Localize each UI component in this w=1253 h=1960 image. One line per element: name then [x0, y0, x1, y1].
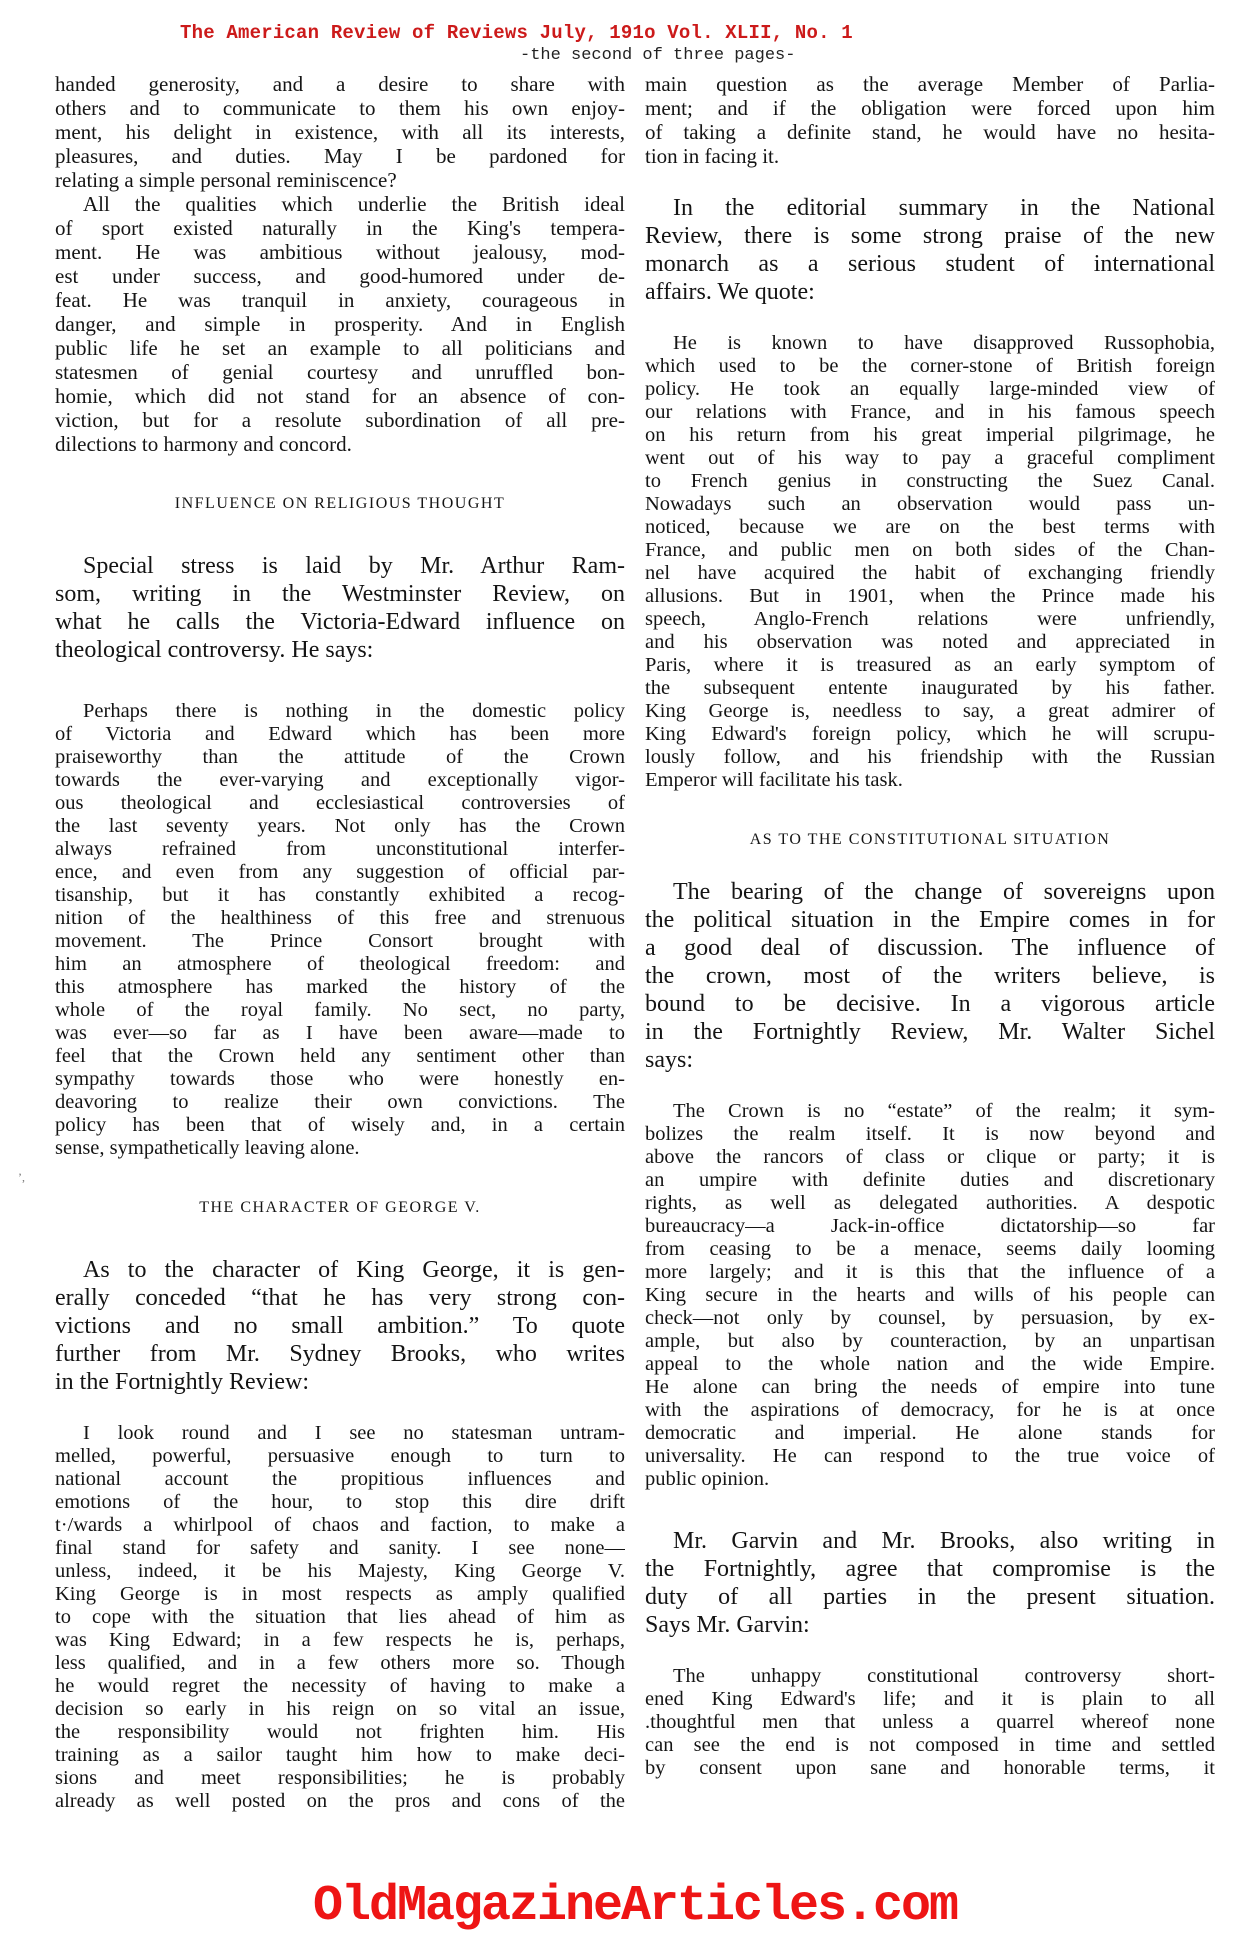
text-line: Paris, where it is treasured as an early…	[645, 654, 1215, 677]
text-line: Special stress is laid by Mr. Arthur Ram…	[55, 552, 625, 580]
text-line: Emperor will facilitate his task.	[645, 769, 1215, 792]
text-line: pleasures, and duties. May I be pardoned…	[55, 144, 625, 168]
text-line: training as a sailor taught him how to m…	[55, 1744, 625, 1767]
text-line: est under success, and good-humored unde…	[55, 264, 625, 288]
text-line: viction, but for a resolute subordinatio…	[55, 408, 625, 432]
text-line: with the aspirations of democracy, for h…	[645, 1399, 1215, 1422]
text-line: praiseworthy than the attitude of the Cr…	[55, 746, 625, 769]
text-line: the last seventy years. Not only has the…	[55, 815, 625, 838]
text-line: of Victoria and Edward which has been mo…	[55, 723, 625, 746]
text-line: unless, indeed, it be his Majesty, King …	[55, 1560, 625, 1583]
text-line: King Edward's foreign policy, which he w…	[645, 723, 1215, 746]
text-line: was King Edward; in a few respects he is…	[55, 1629, 625, 1652]
text-line: The bearing of the change of sovereigns …	[645, 878, 1215, 906]
text-line: went out of his way to pay a graceful co…	[645, 447, 1215, 470]
text-line: bound to be decisive. In a vigorous arti…	[645, 990, 1215, 1018]
text-line: The unhappy constitutional controversy s…	[645, 1665, 1215, 1688]
text-line: Review, there is some strong praise of t…	[645, 222, 1215, 250]
text-line: duty of all parties in the present situa…	[645, 1583, 1215, 1611]
site-watermark: OldMagazineArticles.com	[265, 1878, 1005, 1935]
scan-speck: ’,	[18, 1170, 25, 1185]
text-line: the subsequent entente inaugurated by hi…	[645, 677, 1215, 700]
right-quote-1: He is known to have disapproved Russopho…	[645, 332, 1215, 792]
text-line: In the editorial summary in the National	[645, 194, 1215, 222]
text-line: noticed, because we are on the best term…	[645, 516, 1215, 539]
text-line: sions and meet responsibilities; he is p…	[55, 1767, 625, 1790]
text-line: tisanship, but it has constantly exhibit…	[55, 884, 625, 907]
text-line: statesmen of genial courtesy and unruffl…	[55, 360, 625, 384]
text-line: main question as the average Member of P…	[645, 72, 1215, 96]
text-line: final stand for safety and sanity. I see…	[55, 1537, 625, 1560]
text-line: The Crown is no “estate” of the realm; i…	[645, 1100, 1215, 1123]
text-line: the Fortnightly, agree that compromise i…	[645, 1555, 1215, 1583]
text-line: nel have acquired the habit of exchangin…	[645, 562, 1215, 585]
text-line: danger, and simple in prosperity. And in…	[55, 312, 625, 336]
text-line: public opinion.	[645, 1468, 1215, 1491]
text-line: nition of the healthiness of this free a…	[55, 907, 625, 930]
text-line: policy has been that of wisely and, in a…	[55, 1114, 625, 1137]
right-quote-3: The unhappy constitutional controversy s…	[645, 1665, 1215, 1780]
text-line: sympathy towards those who were honestly…	[55, 1068, 625, 1091]
text-line: lously follow, and his friendship with t…	[645, 746, 1215, 769]
text-line: Says Mr. Garvin:	[645, 1611, 1215, 1639]
text-line: ample, but also by counteraction, by an …	[645, 1330, 1215, 1353]
text-line: towards the ever-varying and exceptional…	[55, 769, 625, 792]
text-line: national account the propitious influenc…	[55, 1468, 625, 1491]
text-line: democratic and imperial. He alone stands…	[645, 1422, 1215, 1445]
page-indicator: -the second of three pages-	[520, 46, 795, 65]
text-line: tion in facing it.	[645, 144, 1215, 168]
text-line: sense, sympathetically leaving alone.	[55, 1137, 625, 1160]
text-line: of taking a definite stand, he would hav…	[645, 120, 1215, 144]
text-line: feel that the Crown held any sentiment o…	[55, 1045, 625, 1068]
text-line: allusions. But in 1901, when the Prince …	[645, 585, 1215, 608]
text-line: further from Mr. Sydney Brooks, who writ…	[55, 1340, 625, 1368]
left-intro-2: As to the character of King George, it i…	[55, 1256, 625, 1396]
text-line: homie, which did not stand for an absenc…	[55, 384, 625, 408]
text-line: theological controversy. He says:	[55, 636, 625, 664]
section-heading-religious-thought: INFLUENCE ON RELIGIOUS THOUGHT	[55, 492, 625, 516]
right-quote-2: The Crown is no “estate” of the realm; i…	[645, 1100, 1215, 1491]
text-line: melled, powerful, persuasive enough to t…	[55, 1445, 625, 1468]
text-line: All the qualities which underlie the Bri…	[55, 192, 625, 216]
text-line: appeal to the whole nation and the wide …	[645, 1353, 1215, 1376]
text-line: King George is, needless to say, a great…	[645, 700, 1215, 723]
text-line: the responsibility would not frighten hi…	[55, 1721, 625, 1744]
section-heading-character-george-v: THE CHARACTER OF GEORGE V.	[55, 1196, 625, 1220]
text-line: decision so early in his reign on so vit…	[55, 1698, 625, 1721]
text-line: rights, as well as delegated authorities…	[645, 1192, 1215, 1215]
text-line: movement. The Prince Consort brought wit…	[55, 930, 625, 953]
text-line: handed generosity, and a desire to share…	[55, 72, 625, 96]
publication-header: The American Review of Reviews July, 191…	[180, 22, 1000, 44]
text-line: what he calls the Victoria-Edward influe…	[55, 608, 625, 636]
text-line: already as well posted on the pros and c…	[55, 1790, 625, 1813]
text-line: Mr. Garvin and Mr. Brooks, also writing …	[645, 1527, 1215, 1555]
text-line: can see the end is not composed in time …	[645, 1734, 1215, 1757]
text-line: which used to be the corner-stone of Bri…	[645, 355, 1215, 378]
text-line: says:	[645, 1046, 1215, 1074]
text-line: more largely; and it is this that the in…	[645, 1261, 1215, 1284]
text-line: was ever—so far as I have been aware—mad…	[55, 1022, 625, 1045]
text-line: He alone can bring the needs of empire i…	[645, 1376, 1215, 1399]
text-line: our relations with France, and in his fa…	[645, 401, 1215, 424]
right-intro-2: The bearing of the change of sovereigns …	[645, 878, 1215, 1074]
text-line: som, writing in the Westminster Review, …	[55, 580, 625, 608]
right-column: main question as the average Member of P…	[645, 72, 1215, 1780]
text-line: emotions of the hour, to stop this dire …	[55, 1491, 625, 1514]
text-line: King George is in most respects as amply…	[55, 1583, 625, 1606]
right-intro-3: Mr. Garvin and Mr. Brooks, also writing …	[645, 1527, 1215, 1639]
text-line: monarch as a serious student of internat…	[645, 250, 1215, 278]
text-line: Perhaps there is nothing in the domestic…	[55, 700, 625, 723]
text-line: affairs. We quote:	[645, 278, 1215, 306]
text-line: he would regret the necessity of having …	[55, 1675, 625, 1698]
left-para-2: All the qualities which underlie the Bri…	[55, 192, 625, 456]
text-line: King secure in the hearts and wills of h…	[645, 1284, 1215, 1307]
text-line: erally conceded “that he has very strong…	[55, 1284, 625, 1312]
text-line: always refrained from unconstitutional i…	[55, 838, 625, 861]
text-line: of sport existed naturally in the King's…	[55, 216, 625, 240]
text-line: I look round and I see no statesman untr…	[55, 1422, 625, 1445]
text-line: a good deal of discussion. The influence…	[645, 934, 1215, 962]
text-line: the political situation in the Empire co…	[645, 906, 1215, 934]
text-line: As to the character of King George, it i…	[55, 1256, 625, 1284]
text-line: .thoughtful men that unless a quarrel wh…	[645, 1711, 1215, 1734]
text-line: by consent upon sane and honorable terms…	[645, 1757, 1215, 1780]
text-line: ment; and if the obligation were forced …	[645, 96, 1215, 120]
text-line: above the rancors of class or clique or …	[645, 1146, 1215, 1169]
left-intro-1: Special stress is laid by Mr. Arthur Ram…	[55, 552, 625, 664]
text-line: ence, and even from any suggestion of of…	[55, 861, 625, 884]
text-line: bolizes the realm itself. It is now beyo…	[645, 1123, 1215, 1146]
text-line: on his return from his great imperial pi…	[645, 424, 1215, 447]
text-line: the crown, most of the writers believe, …	[645, 962, 1215, 990]
text-line: victions and no small ambition.” To quot…	[55, 1312, 625, 1340]
text-line: this atmosphere has marked the history o…	[55, 976, 625, 999]
text-line: feat. He was tranquil in anxiety, courag…	[55, 288, 625, 312]
text-line: others and to communicate to them his ow…	[55, 96, 625, 120]
text-line: from ceasing to be a menace, seems daily…	[645, 1238, 1215, 1261]
text-line: deavoring to realize their own convictio…	[55, 1091, 625, 1114]
left-quote-2: I look round and I see no statesman untr…	[55, 1422, 625, 1813]
text-line: Nowadays such an observation would pass …	[645, 493, 1215, 516]
section-heading-constitutional-situation: AS TO THE CONSTITUTIONAL SITUATION	[645, 828, 1215, 852]
text-line: France, and public men on both sides of …	[645, 539, 1215, 562]
text-line: t·/wards a whirlpool of chaos and factio…	[55, 1514, 625, 1537]
left-quote-1: Perhaps there is nothing in the domestic…	[55, 700, 625, 1160]
text-line: in the Fortnightly Review:	[55, 1368, 625, 1396]
text-line: whole of the royal family. No sect, no p…	[55, 999, 625, 1022]
text-line: policy. He took an equally large-minded …	[645, 378, 1215, 401]
text-line: an umpire with definite duties and discr…	[645, 1169, 1215, 1192]
text-line: bureaucracy—a Jack-in-office dictatorshi…	[645, 1215, 1215, 1238]
text-line: dilections to harmony and concord.	[55, 432, 625, 456]
text-line: universality. He can respond to the true…	[645, 1445, 1215, 1468]
text-line: him an atmosphere of theological freedom…	[55, 953, 625, 976]
text-line: speech, Anglo-French relations were unfr…	[645, 608, 1215, 631]
text-line: public life he set an example to all pol…	[55, 336, 625, 360]
text-line: ment. He was ambitious without jealousy,…	[55, 240, 625, 264]
text-line: in the Fortnightly Review, Mr. Walter Si…	[645, 1018, 1215, 1046]
text-line: ened King Edward's life; and it is plain…	[645, 1688, 1215, 1711]
text-line: check—not only by counsel, by persuasion…	[645, 1307, 1215, 1330]
left-para-1: handed generosity, and a desire to share…	[55, 72, 625, 192]
right-para-1: main question as the average Member of P…	[645, 72, 1215, 168]
text-line: less qualified, and in a few others more…	[55, 1652, 625, 1675]
text-line: to cope with the situation that lies ahe…	[55, 1606, 625, 1629]
text-line: ous theological and ecclesiastical contr…	[55, 792, 625, 815]
text-line: and his observation was noted and apprec…	[645, 631, 1215, 654]
text-line: He is known to have disapproved Russopho…	[645, 332, 1215, 355]
text-line: ment, his delight in existence, with all…	[55, 120, 625, 144]
left-column: handed generosity, and a desire to share…	[55, 72, 625, 1813]
right-intro-1: In the editorial summary in the National…	[645, 194, 1215, 306]
text-line: relating a simple personal reminiscence?	[55, 168, 625, 192]
text-line: to French genius in constructing the Sue…	[645, 470, 1215, 493]
